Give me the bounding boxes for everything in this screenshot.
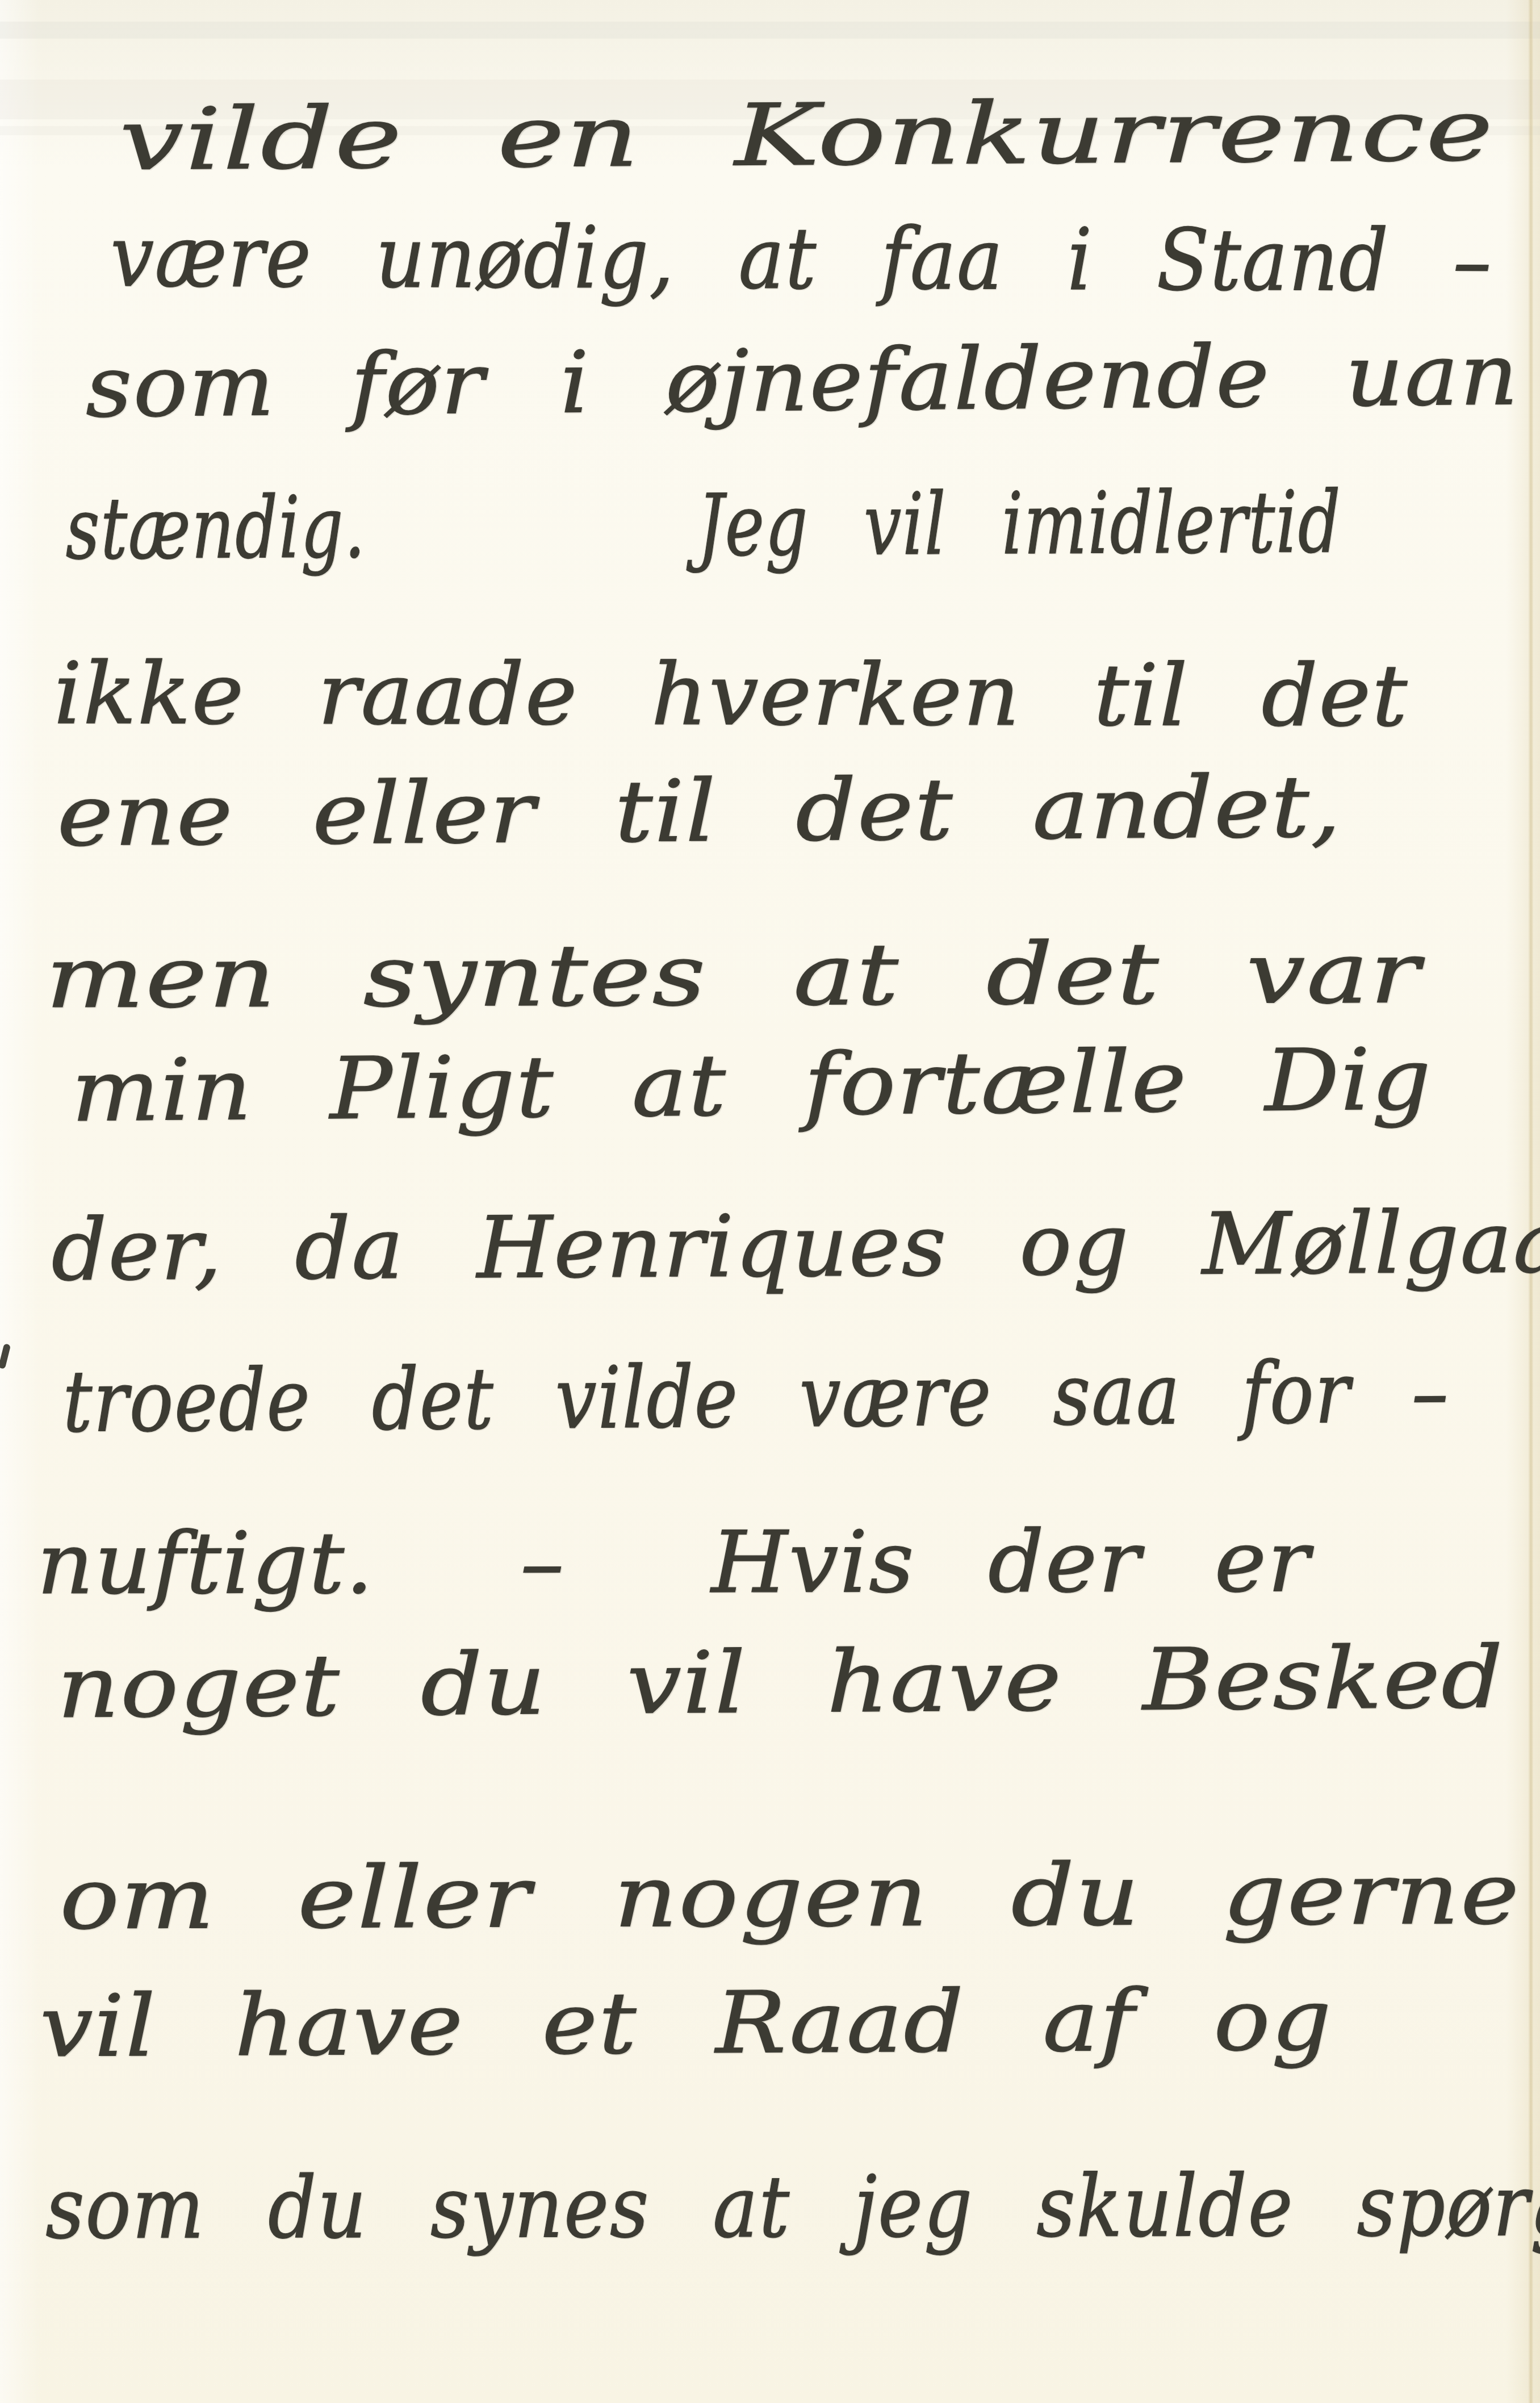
handwriting-line-4: stændig. Jeg vil imidlertid [65,467,1342,585]
handwriting-line-6: ene eller til det andet, [57,752,1342,872]
handwriting-line-9: der, da Henriques og Møllgaard [51,1187,1540,1306]
handwriting-line-12: noget du vil have Besked [57,1623,1505,1744]
ink-speck [0,1343,11,1369]
handwriting-line-2: være unødig, at faa i Stand – [110,202,1492,317]
scan-band [0,22,1540,39]
handwriting-line-8: min Pligt at fortælle Dig [71,1025,1433,1147]
handwriting-line-11: nuftigt. – Hvis der er [37,1507,1311,1620]
handwriting-line-3: som før i øjnefaldende uan [85,320,1520,443]
letter-page: vilde en Konkurrence være unødig, at faa… [0,0,1540,2403]
handwriting-line-1: vilde en Konkurrence [119,76,1495,196]
handwriting-line-15: som du synes at jeg skulde spørge [45,2151,1540,2264]
handwriting-line-7: men syntes at det var [45,918,1421,1034]
handwriting-line-5: ikke raade hverken til det [54,639,1409,752]
handwriting-line-14: vil have et Raad af og [40,1965,1333,2083]
handwriting-line-13: om eller nogen du gerne [60,1839,1521,1955]
handwriting-line-10: troede det vilde være saa for – [62,1338,1450,1458]
